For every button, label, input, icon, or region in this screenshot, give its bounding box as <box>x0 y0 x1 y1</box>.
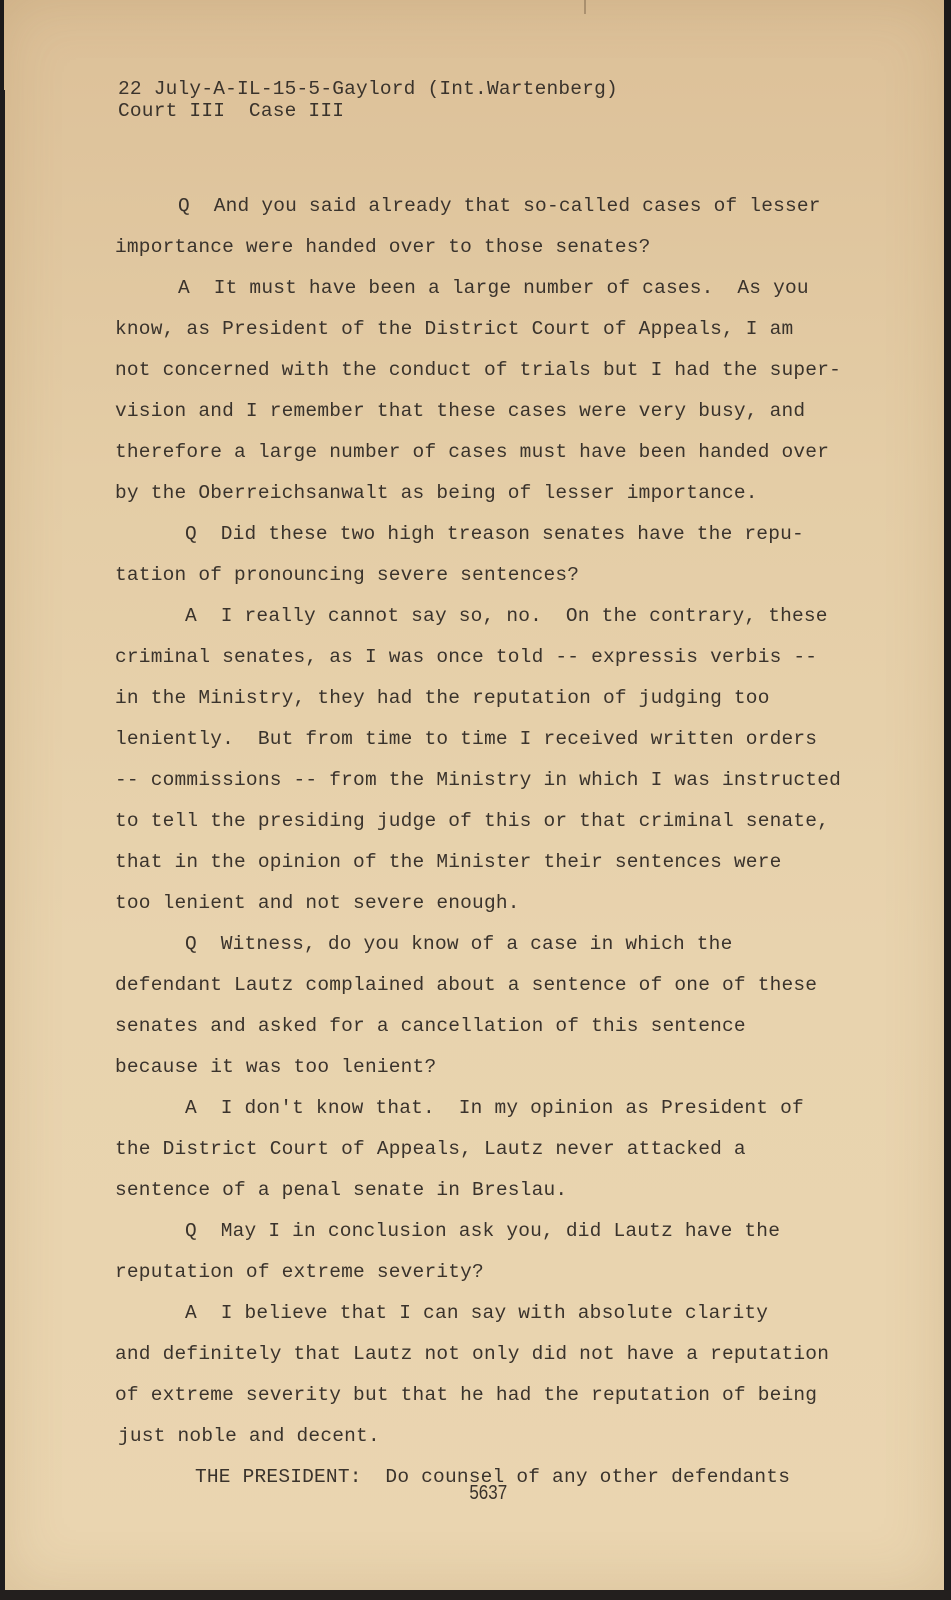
transcript-line: Q Witness, do you know of a case in whic… <box>185 933 733 955</box>
transcript-line: defendant Lautz complained about a sente… <box>115 974 817 996</box>
transcript-line: vision and I remember that these cases w… <box>115 400 805 422</box>
transcript-line: A It must have been a large number of ca… <box>178 277 809 299</box>
transcript-line: that in the opinion of the Minister thei… <box>115 851 782 873</box>
transcript-line: in the Ministry, they had the reputation… <box>115 687 770 709</box>
transcript-line: Q May I in conclusion ask you, did Lautz… <box>185 1220 780 1242</box>
paper-mark <box>584 0 586 14</box>
page-number: 5637 <box>469 1482 507 1505</box>
transcript-line: reputation of extreme severity? <box>115 1261 484 1283</box>
transcript-line: sentence of a penal senate in Breslau. <box>115 1179 567 1201</box>
transcript-line: senates and asked for a cancellation of … <box>115 1015 746 1037</box>
transcript-line: of extreme severity but that he had the … <box>115 1384 817 1406</box>
transcript-line: too lenient and not severe enough. <box>115 892 520 914</box>
transcript-line: not concerned with the conduct of trials… <box>115 359 841 381</box>
scan-border-right <box>945 1380 951 1600</box>
transcript-line: know, as President of the District Court… <box>115 318 793 340</box>
transcript-line: criminal senates, as I was once told -- … <box>115 646 817 668</box>
document-page: 22 July-A-IL-15-5-Gaylord (Int.Wartenber… <box>4 0 944 1590</box>
scan-border-left <box>0 90 5 1600</box>
transcript-line: leniently. But from time to time I recei… <box>115 728 817 750</box>
transcript-line: Q Did these two high treason senates hav… <box>185 523 804 545</box>
transcript-line: importance were handed over to those sen… <box>115 236 651 258</box>
transcript-line: A I believe that I can say with absolute… <box>185 1302 768 1324</box>
transcript-line: the District Court of Appeals, Lautz nev… <box>115 1138 746 1160</box>
transcript-line: therefore a large number of cases must h… <box>115 441 829 463</box>
transcript-line: -- commissions -- from the Ministry in w… <box>115 769 841 791</box>
transcript-line: and definitely that Lautz not only did n… <box>115 1343 829 1365</box>
transcript-line: to tell the presiding judge of this or t… <box>115 810 829 832</box>
transcript-line: tation of pronouncing severe sentences? <box>115 564 579 586</box>
header-court-case: Court III Case III <box>118 100 344 122</box>
transcript-line: by the Oberreichsanwalt as being of less… <box>115 482 758 504</box>
scan-border-bottom <box>0 1590 951 1600</box>
header-reference: 22 July-A-IL-15-5-Gaylord (Int.Wartenber… <box>118 78 618 100</box>
transcript-line: because it was too lenient? <box>115 1056 436 1078</box>
transcript-line: Q And you said already that so-called ca… <box>178 195 821 217</box>
transcript-line: just noble and decent. <box>118 1425 380 1447</box>
transcript-line: A I really cannot say so, no. On the con… <box>185 605 828 627</box>
transcript-line: A I don't know that. In my opinion as Pr… <box>185 1097 804 1119</box>
